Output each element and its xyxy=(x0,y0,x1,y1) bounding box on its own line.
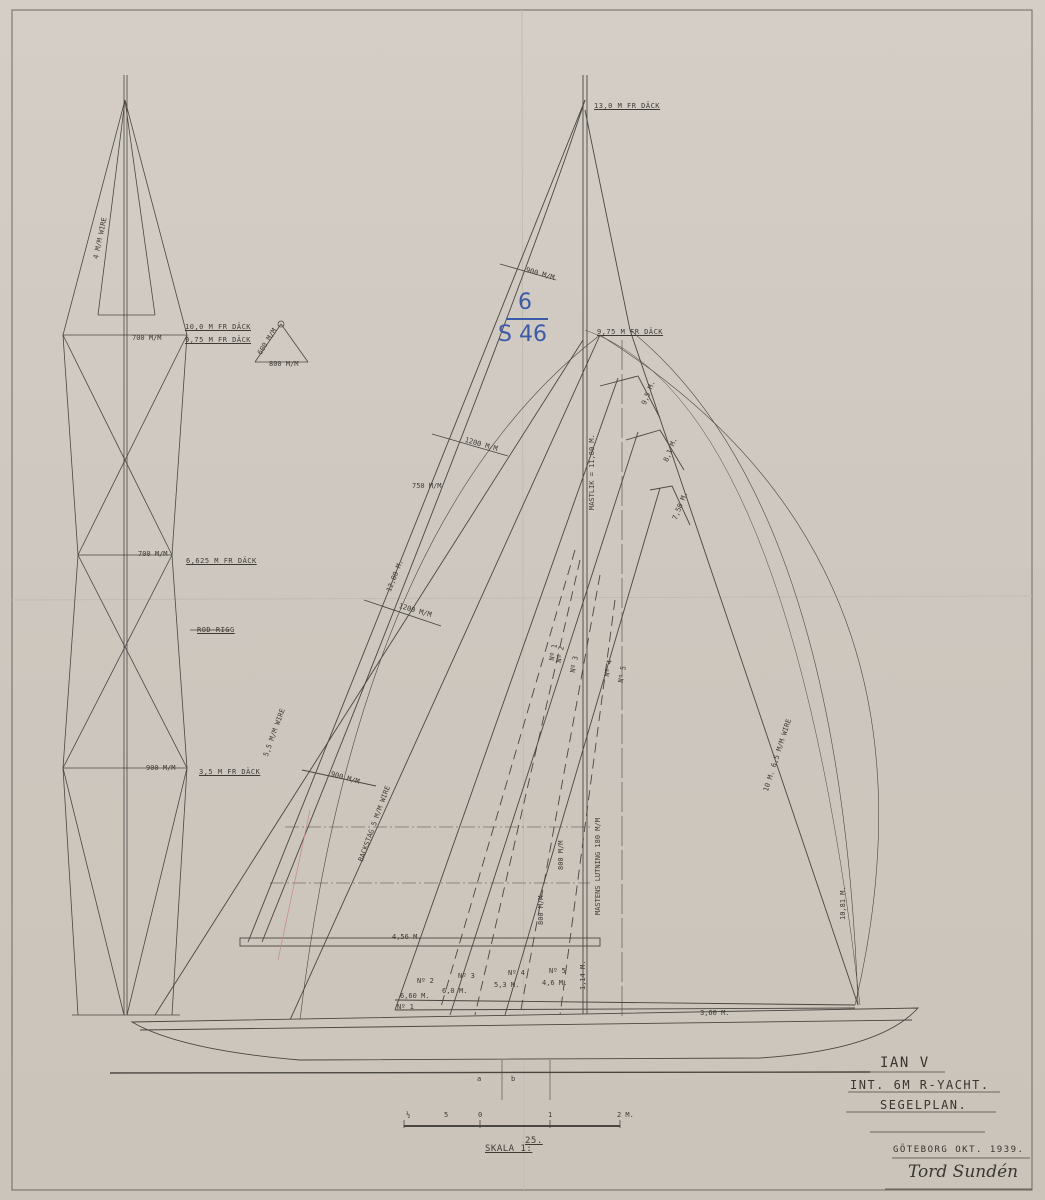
scale-tick-label: 1 xyxy=(548,1111,552,1119)
upper-spreader-width-label: 700 M/M xyxy=(132,334,162,342)
upper-spreader-height-label: 10,0 M FR DÄCK xyxy=(185,323,251,331)
place-date: GÖTEBORG OKT. 1939. xyxy=(893,1145,1024,1155)
registration-fraction-bar xyxy=(506,318,548,320)
jib-4-foot-label: 5,3 M. xyxy=(494,981,519,989)
jib-foot-length-label: 3,60 M. xyxy=(700,1009,730,1017)
lower-spreader-height-label: 3,5 M FR DÄCK xyxy=(199,768,260,776)
signature: Tord Sundén xyxy=(908,1162,1018,1182)
jib-3-foot-label: 6,0 M. xyxy=(442,987,467,995)
mid-spreader-height-label: 6,625 M FR DÄCK xyxy=(186,557,257,565)
registration-denominator: S 46 xyxy=(498,322,547,347)
spinnaker-luff-label: 10,81 M. xyxy=(839,886,847,920)
drawing-sheet: 4 M/M WIRE 10,0 M FR DÄCK 9,75 M FR DÄCK… xyxy=(0,0,1045,1200)
sail-plan-drawing xyxy=(0,0,1045,1200)
lower-spreader-width-label: 900 M/M xyxy=(146,764,176,772)
drawing-type: SEGELPLAN. xyxy=(880,1098,967,1112)
stem-mark-a: a xyxy=(477,1075,481,1083)
dimension-800-upper: 800 M/M xyxy=(557,840,565,870)
jib-5-foot-label: 4,6 M. xyxy=(542,979,567,987)
stem-mark-b: b xyxy=(511,1075,515,1083)
jib-2-foot-label: 6,60 M. xyxy=(400,992,430,1000)
jib-4-number: Nº 4 xyxy=(508,969,525,977)
spreader-base-label: 800 M/M xyxy=(269,360,299,368)
jib-1-number: Nº 1 xyxy=(397,1003,414,1011)
mast-rake-label: MASTENS LUTNING 180 M/M xyxy=(594,818,602,915)
scale-bar xyxy=(404,1120,620,1128)
mast-top-height-label: 13,0 M FR DÄCK xyxy=(594,102,660,110)
boom-length-label: 4,56 M. xyxy=(392,933,422,941)
scale-tick-label: 2 M. xyxy=(617,1111,634,1119)
forestay-height-label: 9,75 M FR DÄCK xyxy=(597,328,663,336)
jib-2-number: Nº 2 xyxy=(417,977,434,985)
scale-tick-label: 5 xyxy=(444,1111,448,1119)
scale-value: 25. xyxy=(525,1136,543,1146)
jib-5-number: Nº 5 xyxy=(549,967,566,975)
luff-roach-label: 750 M/M xyxy=(412,482,442,490)
sail-plan xyxy=(110,75,918,1100)
yacht-class: INT. 6M R-YACHT. xyxy=(850,1078,990,1092)
mast-front-view xyxy=(63,75,230,1015)
scale-tick-label: ½ xyxy=(406,1111,410,1119)
mast-luff-label: MASTLIK = 11,80 M. xyxy=(588,434,596,510)
rod-rigg-label: ROD-RIGG xyxy=(197,626,235,634)
mid-spreader-width-label: 700 M/M xyxy=(138,550,168,558)
scale-tick-label: 0 xyxy=(478,1111,482,1119)
dimension-800-lower: 800 M/M xyxy=(537,895,545,925)
jumper-height-label: 9,75 M FR DÄCK xyxy=(185,336,251,344)
registration-numerator: 6 xyxy=(518,290,532,315)
yacht-name: IAN V xyxy=(880,1055,930,1071)
foot-height-label: 1,14 M. xyxy=(579,960,587,990)
jib-3-number: Nº 3 xyxy=(458,972,475,980)
